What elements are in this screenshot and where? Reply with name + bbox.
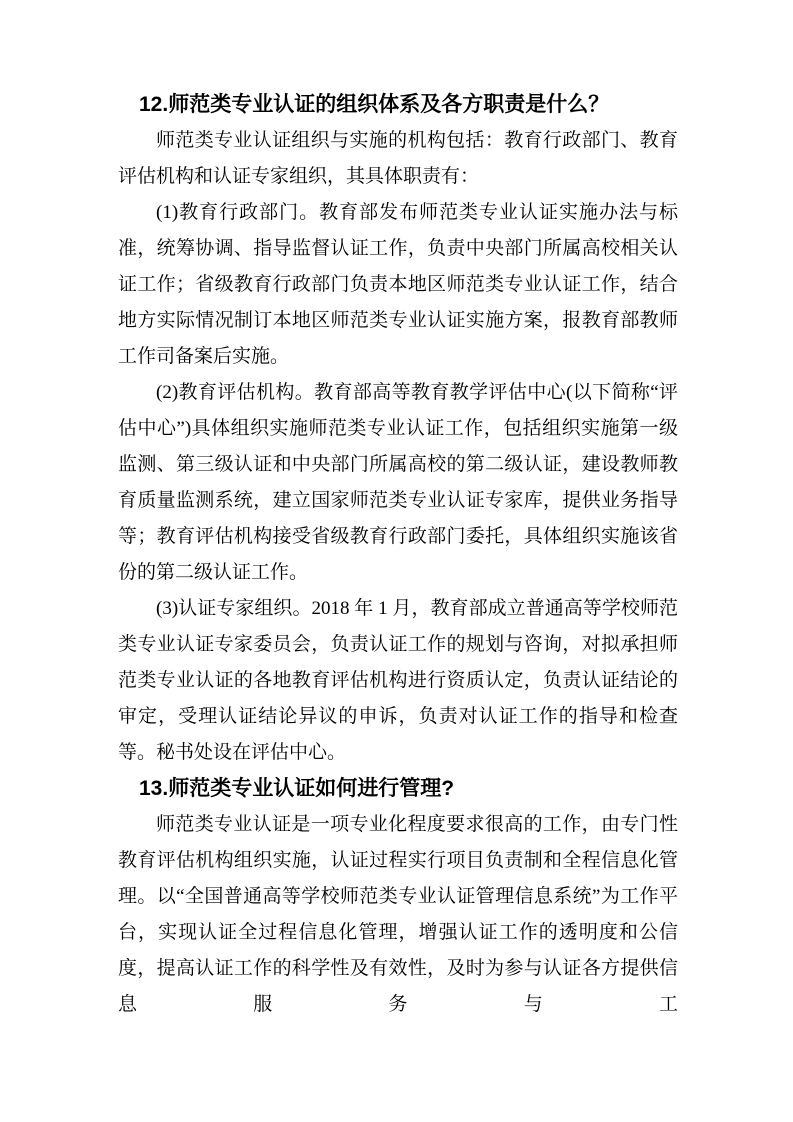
paragraph-item-1-education-administration: (1)教育行政部门。教育部发布师范类专业认证实施办法与标准，统筹协调、指导监督认… — [118, 195, 678, 375]
document-content: 12.师范类专业认证的组织体系及各方职责是什么？ 师范类专业认证组织与实施的机构… — [118, 87, 678, 1023]
paragraph-item-3-expert-organization: (3)认证专家组织。2018 年 1 月，教育部成立普通高等学校师范类专业认证专… — [118, 591, 678, 771]
paragraph-management: 师范类专业认证是一项专业化程度要求很高的工作，由专门性教育评估机构组织实施，认证… — [118, 807, 678, 1023]
paragraph-item-2-evaluation-agency: (2)教育评估机构。教育部高等教育教学评估中心(以下简称“评估中心”)具体组织实… — [118, 375, 678, 591]
paragraph-intro: 师范类专业认证组织与实施的机构包括：教育行政部门、教育评估机构和认证专家组织，其… — [118, 123, 678, 195]
document-page: 12.师范类专业认证的组织体系及各方职责是什么？ 师范类专业认证组织与实施的机构… — [0, 0, 793, 1122]
section-heading-12: 12.师范类专业认证的组织体系及各方职责是什么？ — [118, 87, 678, 123]
section-heading-13: 13.师范类专业认证如何进行管理? — [118, 771, 678, 807]
